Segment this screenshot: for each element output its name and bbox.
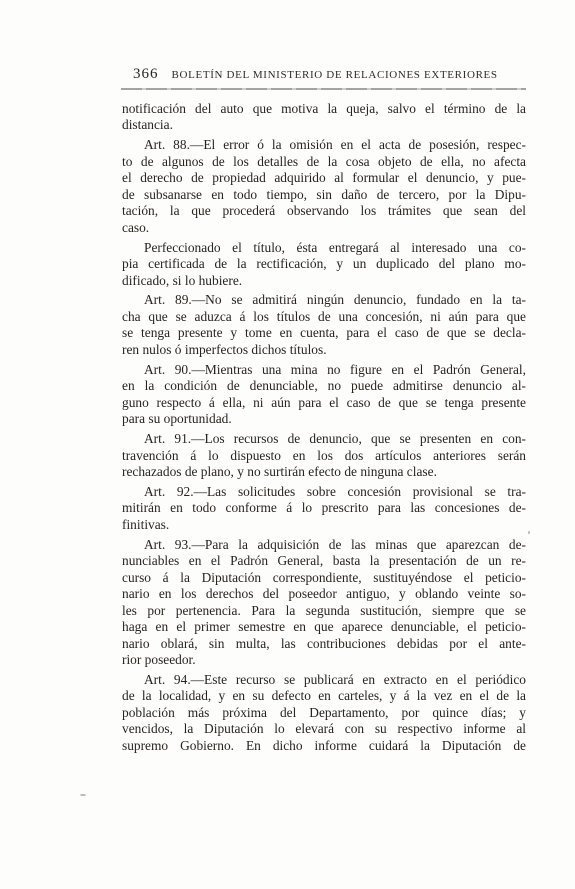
text-line: curso á la Diputación correspondiente, s… xyxy=(122,570,526,586)
text-block: notificación del auto que motiva la quej… xyxy=(122,101,526,754)
paragraph: Art. 91.—Los recursos de denuncio, que s… xyxy=(122,431,526,480)
text-line: finitivas. xyxy=(122,517,526,533)
text-line: para su oportunidad. xyxy=(122,411,526,427)
text-line: se tenga presente y tome en cuenta, para… xyxy=(122,325,526,341)
text-line: Art. 89.—No se admitirá ningún denuncio,… xyxy=(122,292,526,308)
text-line: en la condición de denunciable, no puede… xyxy=(122,378,526,394)
scan-speck xyxy=(528,531,530,534)
scanned-document-page: 366 BOLETÍN DEL MINISTERIO DE RELACIONES… xyxy=(0,0,575,889)
running-title: BOLETÍN DEL MINISTERIO DE RELACIONES EXT… xyxy=(172,69,498,81)
text-line: de la localidad, y en su defecto en cart… xyxy=(122,688,526,704)
paragraph: Art. 88.—El error ó la omisión en el act… xyxy=(122,137,526,236)
paragraph: Perfeccionado el título, ésta entregará … xyxy=(122,240,526,289)
text-line: les por pertenencia. Para la segunda sus… xyxy=(122,603,526,619)
paragraph: Art. 93.—Para la adquisición de las mina… xyxy=(122,537,526,669)
text-line: población más próxima del Departamento, … xyxy=(122,705,526,721)
page-header: 366 BOLETÍN DEL MINISTERIO DE RELACIONES… xyxy=(133,66,498,83)
text-line: Art. 94.—Este recurso se publicará en ex… xyxy=(122,672,526,688)
text-line: travención á lo dispuesto en los dos art… xyxy=(122,448,526,464)
text-line: nunciables en el Padrón General, basta l… xyxy=(122,553,526,569)
header-rule xyxy=(121,88,526,90)
paragraph: Art. 90.—Mientras una mina no figure en … xyxy=(122,362,526,428)
text-line: vencidos, la Diputación lo elevará con s… xyxy=(122,721,526,737)
text-line: guno respecto á ella, ni aún para el cas… xyxy=(122,395,526,411)
text-line: nario en los derechos del poseedor antig… xyxy=(122,586,526,602)
text-line: nario oblará, sin multa, las contribucio… xyxy=(122,636,526,652)
text-line: mitirán en todo conforme á lo prescrito … xyxy=(122,500,526,516)
text-line: dificado, si lo hubiere. xyxy=(122,273,526,289)
text-line: caso. xyxy=(122,220,526,236)
text-line: to de algunos de los detalles de la cosa… xyxy=(122,154,526,170)
text-line: supremo Gobierno. En dicho informe cuida… xyxy=(122,738,526,754)
text-line: pia certificada de la rectificación, y u… xyxy=(122,256,526,272)
text-line: rechazados de plano, y no surtirán efect… xyxy=(122,464,526,480)
text-line: distancia. xyxy=(122,117,526,133)
text-line: cha que se aduzca á los títulos de una c… xyxy=(122,309,526,325)
text-line: Art. 88.—El error ó la omisión en el act… xyxy=(122,137,526,153)
text-line: rior poseedor. xyxy=(122,652,526,668)
text-line: el derecho de propiedad adquirido al for… xyxy=(122,170,526,186)
text-line: Art. 93.—Para la adquisición de las mina… xyxy=(122,537,526,553)
page-number: 366 xyxy=(133,66,159,83)
text-line: Art. 91.—Los recursos de denuncio, que s… xyxy=(122,431,526,447)
text-line: de subsanarse en todo tiempo, sin daño d… xyxy=(122,187,526,203)
text-line: Perfeccionado el título, ésta entregará … xyxy=(122,240,526,256)
text-line: notificación del auto que motiva la quej… xyxy=(122,101,526,117)
paragraph: Art. 89.—No se admitirá ningún denuncio,… xyxy=(122,292,526,358)
scan-speck xyxy=(80,794,86,796)
text-line: haga en el primer semestre en que aparec… xyxy=(122,619,526,635)
text-line: ren nulos ó imperfectos dichos títulos. xyxy=(122,342,526,358)
text-line: Art. 92.—Las solicitudes sobre concesión… xyxy=(122,484,526,500)
paragraph: Art. 94.—Este recurso se publicará en ex… xyxy=(122,672,526,754)
paragraph: Art. 92.—Las solicitudes sobre concesión… xyxy=(122,484,526,533)
text-line: Art. 90.—Mientras una mina no figure en … xyxy=(122,362,526,378)
text-line: tación, la que procederá observando los … xyxy=(122,203,526,219)
paragraph: notificación del auto que motiva la quej… xyxy=(122,101,526,134)
